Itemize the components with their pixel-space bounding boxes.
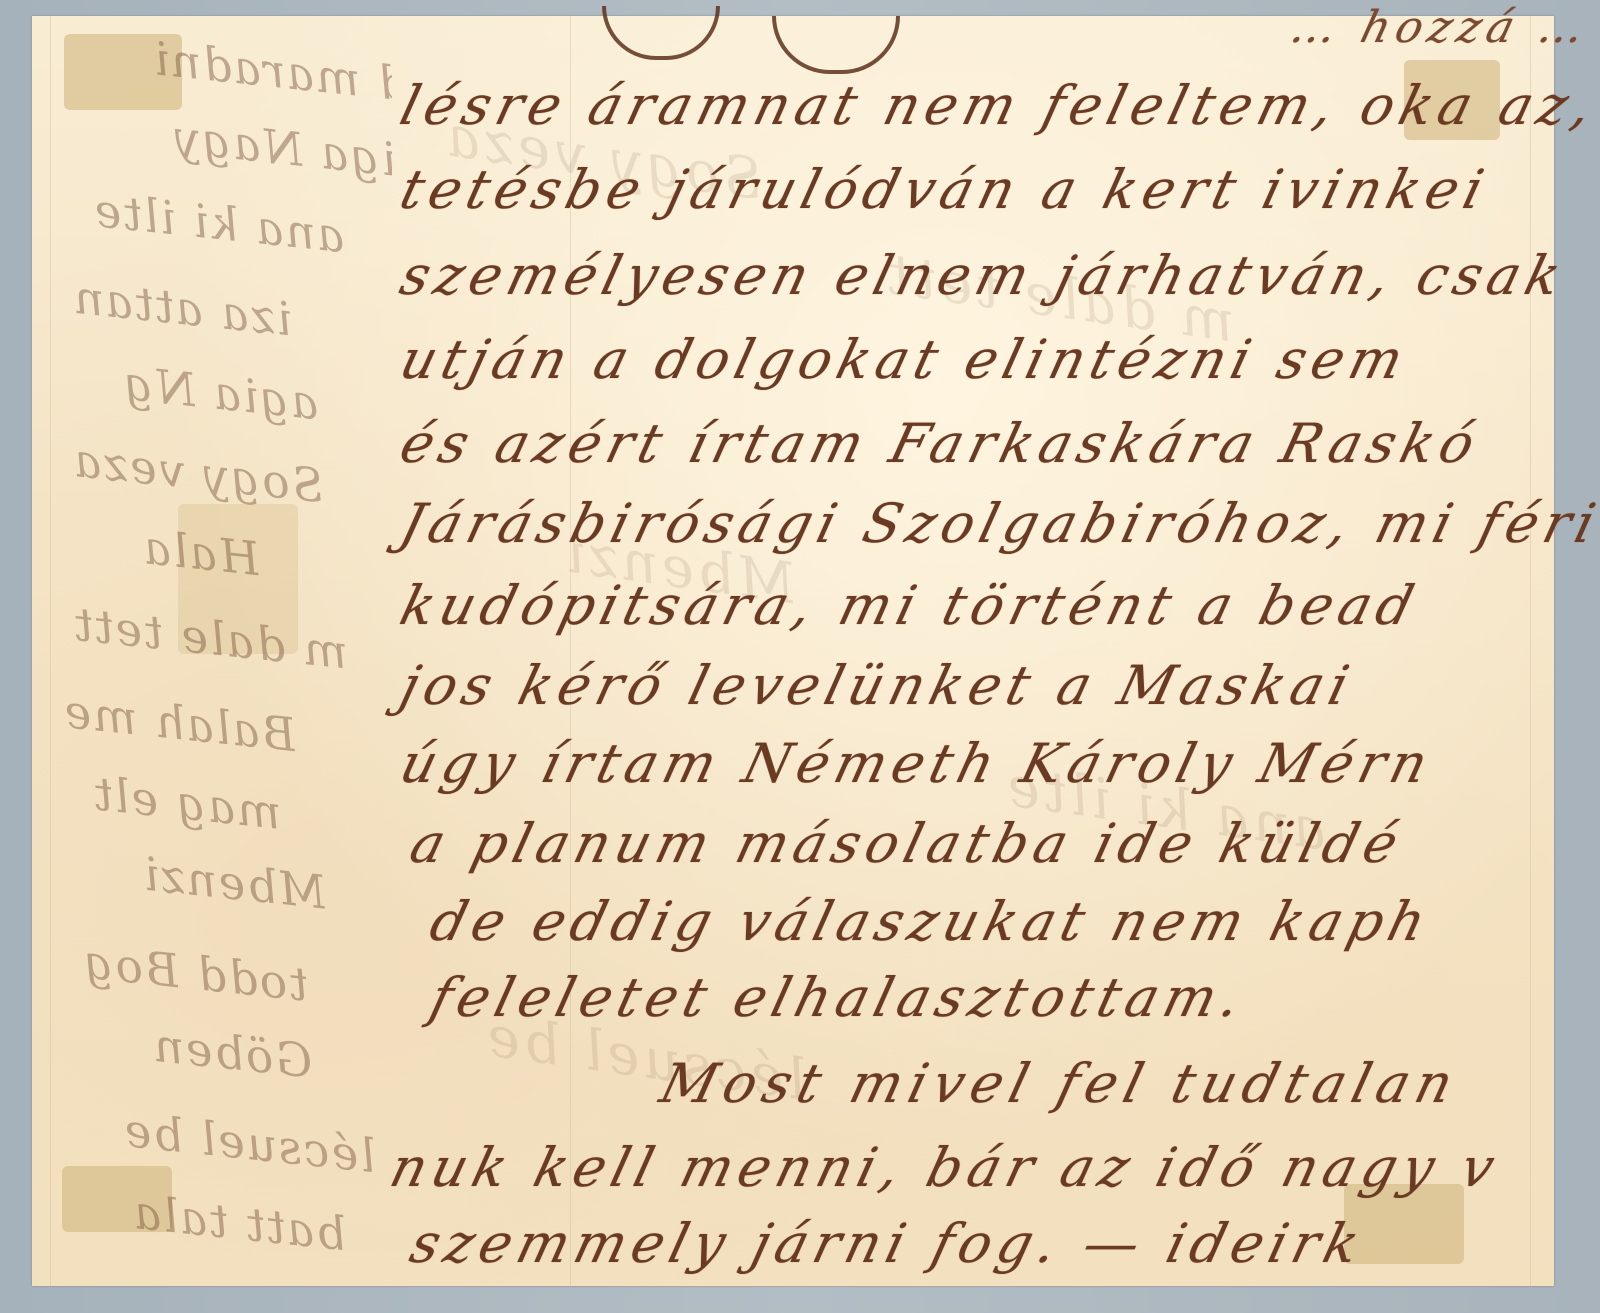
manuscript-page: ed maradni iga Nagy ana ki ilte iza atta… [32,16,1554,1286]
bleed-fragment: m dale tett [70,597,350,680]
letter-line: a planum másolatba ide küldé [404,812,1410,875]
letter-line-partial: … hozzá … [1286,2,1596,53]
bleed-fragment: todd Bog [80,934,311,1011]
letter-line-paragraph-start: Most mivel fel tudtalan [654,1052,1466,1115]
letter-line: feleletet elhalasztottam. [424,966,1253,1029]
bleed-through-text: ed maradni iga Nagy ana ki ilte iza atta… [32,16,392,1286]
bleed-fragment: agia Ng [120,356,322,430]
bleed-fragment: batt tala [130,1185,349,1261]
letter-line: jos kérő levelünket a Maskai [394,654,1361,717]
bleed-fragment: iza attan [70,270,295,347]
bleed-fragment: Göben [150,1018,316,1089]
bleed-fragment: iga Nagy [170,109,392,186]
bleed-fragment: Sogy veza [70,433,326,513]
letter-line: nuk kell menni, bár az idő nagy v [384,1136,1507,1199]
letter-line: Járásbirósági Szolgabiróhoz, mi féri [394,492,1600,555]
ink-flourish [602,6,720,60]
bleed-fragment: Balah me [60,684,299,762]
bleed-fragment: mag elt [90,766,284,840]
letter-line: de eddig válaszukat nem kaph [424,890,1438,953]
letter-body: … hozzá … lésre áramnat nem feleltem, ok… [392,16,1592,1286]
letter-line: kudópitsára, mi történt a bead [394,574,1426,637]
bleed-fragment: Hala [140,520,263,586]
ink-flourish [772,16,900,74]
letter-line: lésre áramnat nem feleltem, oka az, [394,74,1600,137]
letter-line: és azért írtam Farkaskára Raskó [394,412,1487,475]
bleed-fragment: ed maradni [150,31,392,115]
bleed-fragment: ana ki ilte [90,183,348,263]
letter-line: úgy írtam Németh Károly Mérn [394,732,1440,795]
letter-line: utján a dolgokat elintézni sem [394,328,1415,391]
letter-line: szemmely járni fog. — ideirk [404,1212,1371,1275]
bleed-fragment: lécsuel be [120,1103,378,1183]
letter-line: tetésbe járulódván a kert ivinkei [394,158,1495,221]
bleed-fragment: Mbenzi [140,847,329,920]
letter-line: személyesen elnem járhatván, csak [394,244,1573,307]
